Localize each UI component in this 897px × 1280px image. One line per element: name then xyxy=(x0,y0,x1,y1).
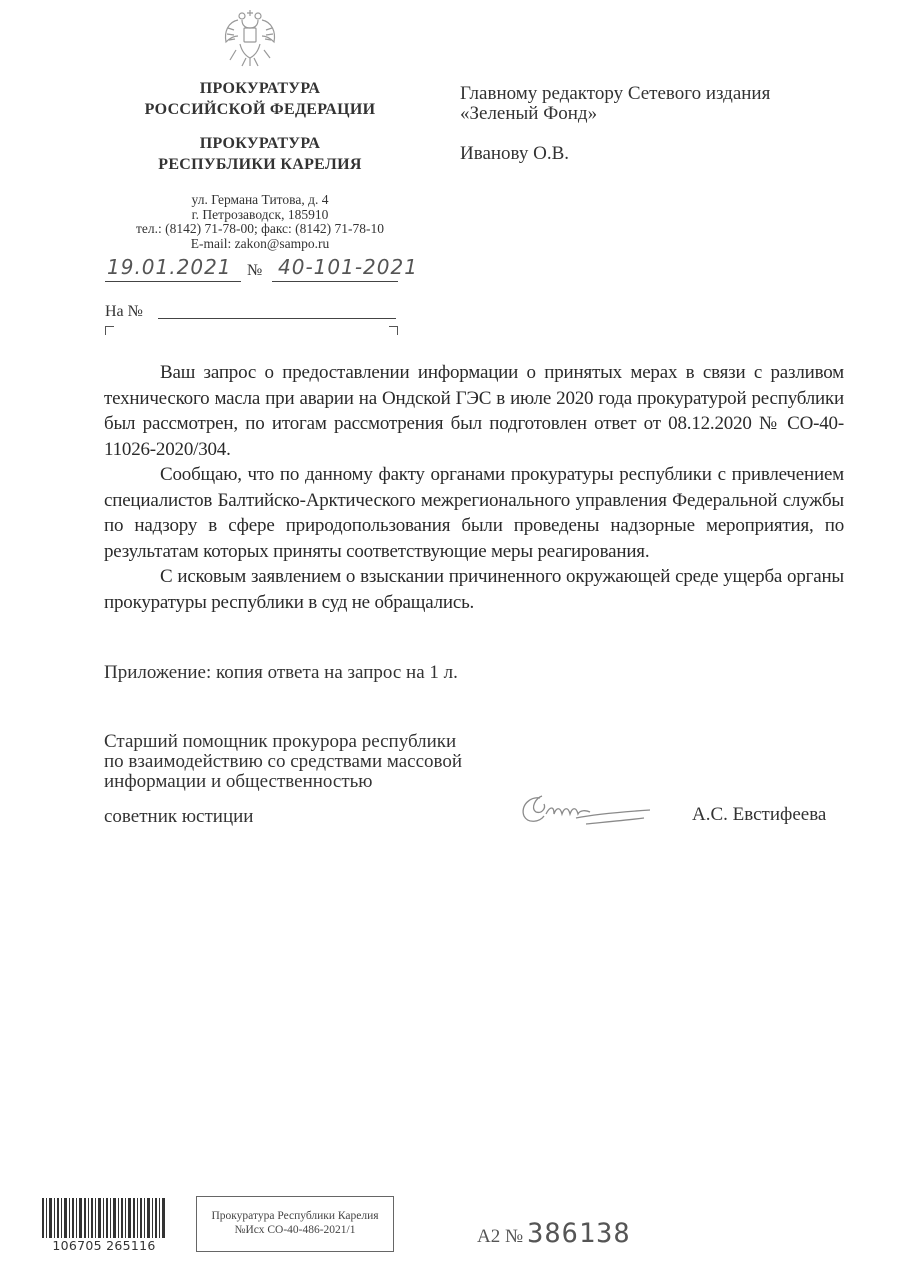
address-email: E-mail: zakon@sampo.ru xyxy=(100,237,420,252)
org-address: ул. Германа Титова, д. 4 г. Петрозаводск… xyxy=(100,193,420,251)
serial-prefix: А2 № xyxy=(477,1226,523,1247)
org-name-line1: ПРОКУРАТУРА xyxy=(100,78,420,99)
coat-of-arms-icon xyxy=(218,6,282,70)
handwritten-signature-icon xyxy=(516,788,656,833)
serial-number-value: 386138 xyxy=(527,1218,631,1249)
position-line2: по взаимодействию со средствами массовой xyxy=(104,752,462,772)
outgoing-number-field: 40-101-2021 xyxy=(272,255,398,282)
body-paragraph: Сообщаю, что по данному факту органами п… xyxy=(104,462,844,564)
body-paragraph: Ваш запрос о предоставлении информации о… xyxy=(104,360,844,462)
letter-body: Ваш запрос о предоставлении информации о… xyxy=(104,360,844,615)
org-name: ПРОКУРАТУРА РОССИЙСКОЙ ФЕДЕРАЦИИ xyxy=(100,78,420,120)
appendix-note: Приложение: копия ответа на запрос на 1 … xyxy=(104,662,458,684)
reply-to-field xyxy=(158,300,396,319)
outgoing-date-value: 19.01.2021 xyxy=(107,255,232,279)
registration-stamp-org: Прокуратура Республики Карелия xyxy=(197,1209,393,1223)
recipient-name: Иванову О.В. xyxy=(460,144,770,164)
signer-position: Старший помощник прокурора республики по… xyxy=(104,732,462,792)
address-street: ул. Германа Титова, д. 4 xyxy=(100,193,420,208)
corner-mark-left xyxy=(105,326,114,335)
registration-stamp-number: №Исх СО-40-486-2021/1 xyxy=(197,1223,393,1237)
registration-stamp-box: Прокуратура Республики Карелия №Исх СО-4… xyxy=(196,1196,394,1252)
barcode-number: 106705 265116 xyxy=(40,1238,168,1253)
outgoing-date-field: 19.01.2021 xyxy=(105,255,241,282)
address-city: г. Петрозаводск, 185910 xyxy=(100,208,420,223)
form-serial-number: А2 №386138 xyxy=(477,1218,631,1249)
signer-rank: советник юстиции xyxy=(104,806,253,828)
barcode-icon xyxy=(40,1198,168,1242)
outgoing-number-value: 40-101-2021 xyxy=(278,255,418,279)
suborg-name-line2: РЕСПУБЛИКИ КАРЕЛИЯ xyxy=(100,154,420,175)
suborg-name: ПРОКУРАТУРА РЕСПУБЛИКИ КАРЕЛИЯ xyxy=(100,133,420,175)
position-line1: Старший помощник прокурора республики xyxy=(104,732,462,752)
position-line3: информации и общественностью xyxy=(104,772,462,792)
address-phone: тел.: (8142) 71-78-00; факс: (8142) 71-7… xyxy=(100,222,420,237)
recipient-title: Главному редактору Сетевого издания xyxy=(460,84,770,104)
corner-mark-right xyxy=(389,326,398,335)
signer-name: А.С. Евстифеева xyxy=(692,804,826,826)
recipient-organization: «Зеленый Фонд» xyxy=(460,104,770,124)
reply-to-label: На № xyxy=(105,303,143,321)
recipient-block: Главному редактору Сетевого издания «Зел… xyxy=(460,84,770,164)
suborg-name-line1: ПРОКУРАТУРА xyxy=(100,133,420,154)
body-paragraph: С исковым заявлением о взыскании причине… xyxy=(104,564,844,615)
number-sign: № xyxy=(247,262,262,280)
org-name-line2: РОССИЙСКОЙ ФЕДЕРАЦИИ xyxy=(100,99,420,120)
